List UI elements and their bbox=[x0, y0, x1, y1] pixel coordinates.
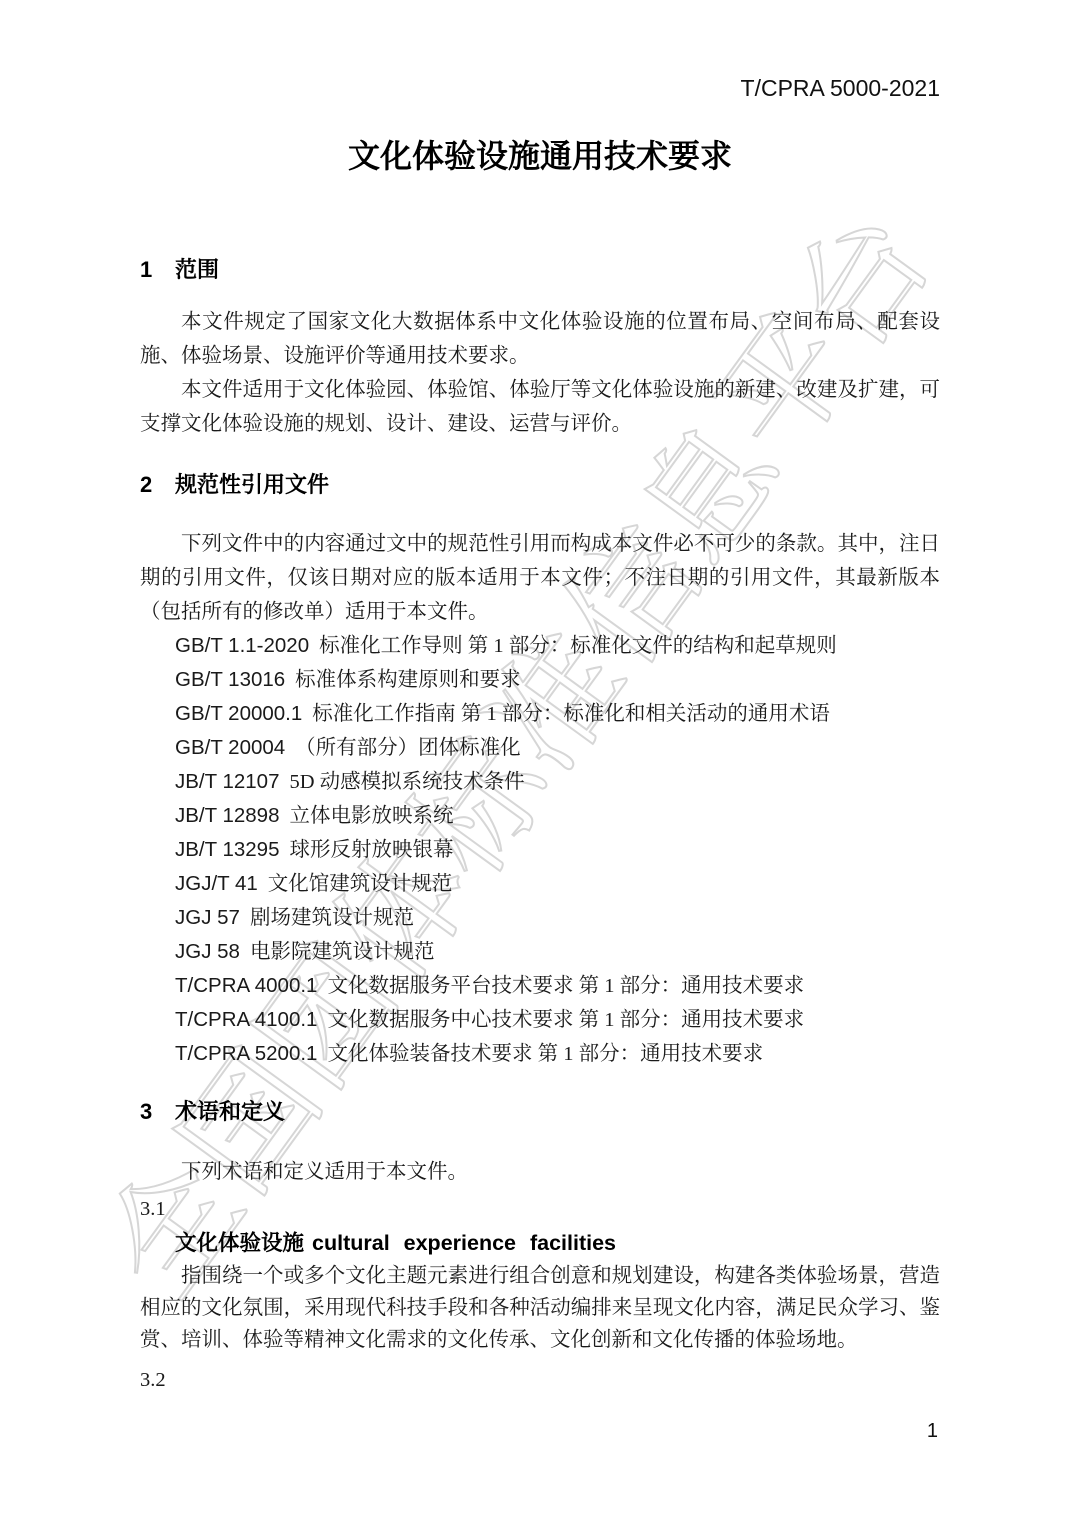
reference-code: T/CPRA 5200.1 bbox=[175, 1042, 317, 1065]
standard-number: T/CPRA 5000-2021 bbox=[140, 0, 940, 100]
reference-item: JGJ 58电影院建筑设计规范 bbox=[175, 935, 940, 969]
scope-paragraph-2: 本文件适用于文化体验园、体验馆、体验厅等文化体验设施的新建、改建及扩建，可支撑文… bbox=[140, 373, 940, 441]
reference-code: JGJ/T 41 bbox=[175, 872, 258, 895]
reference-item: JB/T 121075D 动感模拟系统技术条件 bbox=[175, 765, 940, 799]
reference-item: JB/T 13295球形反射放映银幕 bbox=[175, 833, 940, 867]
reference-item: GB/T 20000.1标准化工作指南 第 1 部分：标准化和相关活动的通用术语 bbox=[175, 697, 940, 731]
section-3-title: 术语和定义 bbox=[175, 1099, 285, 1124]
page-number: 1 bbox=[927, 1420, 938, 1443]
reference-code: JB/T 12898 bbox=[175, 804, 279, 827]
section-2-heading: 2规范性引用文件 bbox=[140, 471, 940, 499]
term-number-3-1: 3.1 bbox=[140, 1192, 940, 1226]
reference-title: 剧场建筑设计规范 bbox=[250, 907, 414, 929]
reference-code: GB/T 13016 bbox=[175, 668, 285, 691]
reference-title: 电影院建筑设计规范 bbox=[250, 941, 435, 963]
reference-item: JGJ 57剧场建筑设计规范 bbox=[175, 901, 940, 935]
section-3-heading: 3术语和定义 bbox=[140, 1098, 940, 1126]
reference-item: T/CPRA 4100.1文化数据服务中心技术要求 第 1 部分：通用技术要求 bbox=[175, 1003, 940, 1037]
reference-title: 文化体验装备技术要求 第 1 部分：通用技术要求 bbox=[327, 1043, 763, 1065]
term-name-zh: 文化体验设施 bbox=[175, 1231, 304, 1255]
document-title: 文化体验设施通用技术要求 bbox=[140, 138, 940, 174]
reference-title: 立体电影放映系统 bbox=[289, 805, 453, 827]
reference-item: GB/T 20004（所有部分）团体标准化 bbox=[175, 731, 940, 765]
term-name-en: cultural experience facilities bbox=[312, 1231, 616, 1255]
reference-item: GB/T 1.1-2020标准化工作导则 第 1 部分：标准化文件的结构和起草规… bbox=[175, 629, 940, 663]
term-definition: 指围绕一个或多个文化主题元素进行组合创意和规划建设，构建各类体验场景，营造相应的… bbox=[140, 1260, 940, 1356]
reference-list: GB/T 1.1-2020标准化工作导则 第 1 部分：标准化文件的结构和起草规… bbox=[140, 629, 940, 1071]
reference-title: 标准化工作指南 第 1 部分：标准化和相关活动的通用术语 bbox=[312, 703, 830, 725]
reference-code: T/CPRA 4000.1 bbox=[175, 974, 317, 997]
page-content: T/CPRA 5000-2021 文化体验设施通用技术要求 1范围 本文件规定了… bbox=[0, 0, 1080, 1397]
reference-title: 标准体系构建原则和要求 bbox=[295, 669, 521, 691]
reference-item: GB/T 13016标准体系构建原则和要求 bbox=[175, 663, 940, 697]
reference-title: 文化数据服务中心技术要求 第 1 部分：通用技术要求 bbox=[327, 1009, 804, 1031]
reference-code: T/CPRA 4100.1 bbox=[175, 1008, 317, 1031]
section-1-number: 1 bbox=[140, 256, 175, 284]
reference-code: JGJ 57 bbox=[175, 906, 240, 929]
term-number-3-2: 3.2 bbox=[140, 1363, 940, 1397]
section-2-title: 规范性引用文件 bbox=[175, 472, 329, 497]
reference-title: 文化数据服务平台技术要求 第 1 部分：通用技术要求 bbox=[327, 975, 804, 997]
reference-item: JGJ/T 41文化馆建筑设计规范 bbox=[175, 867, 940, 901]
section-3-number: 3 bbox=[140, 1098, 175, 1126]
document-page: 全国团体标准信息平台 T/CPRA 5000-2021 文化体验设施通用技术要求… bbox=[0, 0, 1080, 1528]
reference-item: JB/T 12898立体电影放映系统 bbox=[175, 799, 940, 833]
reference-code: GB/T 20000.1 bbox=[175, 702, 302, 725]
reference-code: JGJ 58 bbox=[175, 940, 240, 963]
scope-paragraph-1: 本文件规定了国家文化大数据体系中文化体验设施的位置布局、空间布局、配套设施、体验… bbox=[140, 305, 940, 373]
section-1-heading: 1范围 bbox=[140, 256, 940, 284]
section-1-title: 范围 bbox=[175, 257, 219, 282]
reference-title: 球形反射放映银幕 bbox=[289, 839, 453, 861]
reference-item: T/CPRA 4000.1文化数据服务平台技术要求 第 1 部分：通用技术要求 bbox=[175, 969, 940, 1003]
terms-intro-paragraph: 下列术语和定义适用于本文件。 bbox=[140, 1155, 940, 1189]
reference-title: 文化馆建筑设计规范 bbox=[268, 873, 453, 895]
section-2-number: 2 bbox=[140, 471, 175, 499]
term-entry: 文化体验设施cultural experience facilities bbox=[140, 1226, 940, 1260]
reference-code: GB/T 1.1-2020 bbox=[175, 634, 309, 657]
reference-code: JB/T 13295 bbox=[175, 838, 279, 861]
reference-code: JB/T 12107 bbox=[175, 770, 279, 793]
reference-item: T/CPRA 5200.1文化体验装备技术要求 第 1 部分：通用技术要求 bbox=[175, 1037, 940, 1071]
references-intro-paragraph: 下列文件中的内容通过文中的规范性引用而构成本文件必不可少的条款。其中，注日期的引… bbox=[140, 527, 940, 629]
reference-title: （所有部分）团体标准化 bbox=[295, 737, 521, 759]
reference-title: 标准化工作导则 第 1 部分：标准化文件的结构和起草规则 bbox=[319, 635, 837, 657]
reference-title: 5D 动感模拟系统技术条件 bbox=[289, 771, 524, 793]
reference-code: GB/T 20004 bbox=[175, 736, 285, 759]
